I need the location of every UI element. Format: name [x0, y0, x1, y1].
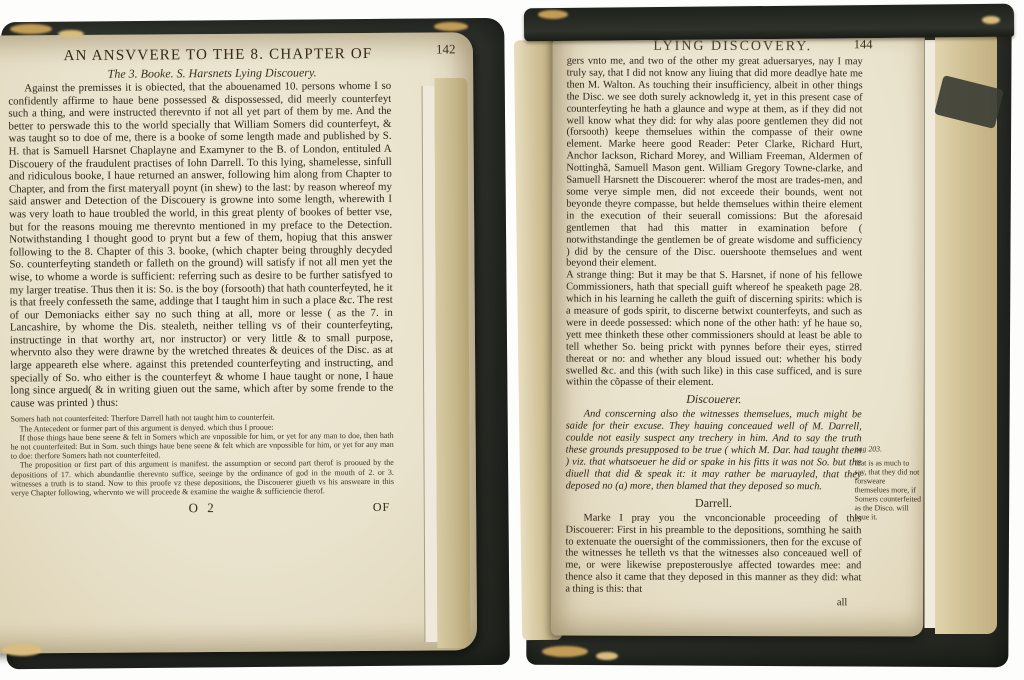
signature-mark: O 2	[11, 499, 394, 518]
left-running-header: AN ANSVVERE TO THE 8. CHAPTER OF	[14, 46, 422, 66]
binding-wear-spot	[538, 10, 568, 19]
right-book-photo: LYING DISCOVERY. 144 gers vnto me, and t…	[512, 0, 1024, 680]
left-book-photo: AN ANSVVERE TO THE 8. CHAPTER OF 142 The…	[0, 0, 512, 680]
left-signature-line: O 2 OF	[11, 499, 394, 518]
binding-wear-spot	[542, 646, 588, 657]
right-body-paragraph-3: And conscerning also the witnesses thems…	[566, 409, 862, 493]
left-page-content: Against the premisses it is obiected, th…	[8, 80, 394, 518]
right-margin-note: pag 203. that is as much to say, that th…	[855, 444, 922, 521]
left-fore-edge-stack	[435, 78, 471, 648]
right-body-paragraph-2: A strange thing: But it may be that S. H…	[566, 270, 862, 390]
right-body-paragraph-4: Marke I pray you the vnconcionable proce…	[565, 512, 861, 596]
right-page: LYING DISCOVERY. 144 gers vnto me, and t…	[551, 26, 925, 637]
syllogism-proof: If those things haue bene seene & felt i…	[11, 431, 394, 461]
left-page: AN ANSVVERE TO THE 8. CHAPTER OF 142 The…	[0, 32, 477, 654]
right-page-number: 144	[854, 37, 873, 52]
margin-note-text: that is as much to say, that they did no…	[855, 458, 922, 521]
right-running-header: LYING DISCOVERY.	[589, 39, 877, 56]
syllogism-proposition: The proposition or first part of this ar…	[11, 458, 394, 497]
left-body-text: Against the premisses it is obiected, th…	[8, 80, 393, 410]
right-page-content: gers vnto me, and two of the other my gr…	[565, 56, 862, 609]
left-catchword: OF	[373, 500, 390, 515]
binding-wear-spot	[434, 22, 468, 31]
binding-wear-spot	[58, 30, 84, 38]
heading-darrell: Darrell.	[566, 495, 862, 511]
binding-wear-spot	[10, 24, 52, 34]
heading-discouerer: Discouerer.	[566, 392, 862, 408]
right-top-binding-edge	[524, 4, 1014, 42]
binding-wear-spot	[2, 644, 42, 656]
left-syllogism-block: Somers hath not counterfeited: Therfore …	[10, 412, 394, 497]
left-page-number: 142	[436, 41, 456, 57]
binding-wear-spot	[982, 16, 1000, 24]
margin-note-reference: pag 203.	[855, 444, 922, 453]
photo-background: AN ANSVVERE TO THE 8. CHAPTER OF 142 The…	[0, 0, 1024, 680]
right-body-paragraph-1: gers vnto me, and two of the other my gr…	[566, 56, 863, 271]
right-catchword: all	[565, 597, 861, 609]
binding-wear-spot	[596, 652, 618, 660]
